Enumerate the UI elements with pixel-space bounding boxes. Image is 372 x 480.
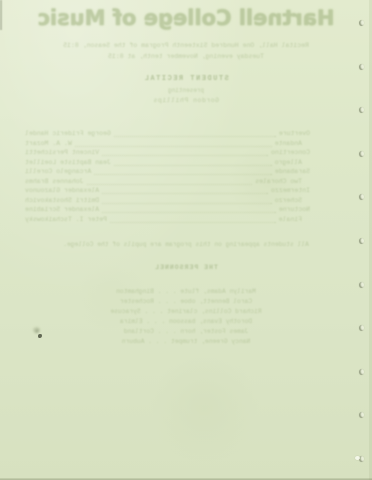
dot-leader [102,193,268,194]
showthrough-recital-title: STUDENT RECITAL [0,75,372,83]
dot-leader [94,174,272,175]
punch-hole [359,151,364,157]
showthrough-college-header: Hartnell College of Music [0,6,372,30]
composer-name: Peter I. Tschaikowsky [25,216,107,224]
punch-hole [359,325,364,331]
punch-hole [359,238,364,244]
piece-title: Scherzo [275,197,302,205]
piece-title: Intermezzo [271,187,310,195]
piece-title: Andante [275,140,302,148]
composer-name: Vincent Persichetti [25,149,99,157]
piece-title: Concertino [271,149,310,157]
showthrough-info-line-2: Tuesday evening, November tenth, at 8:15 [0,53,372,61]
program-row: SarabandeArcangelo Corelli [0,167,372,176]
dot-leader [114,136,276,137]
paper-fleck-light [355,456,360,460]
piece-title: Finale [279,216,302,224]
program-row: FinalePeter I. Tschaikowsky [0,215,372,224]
punch-hole [359,20,364,26]
personnel-entry: Marilyn Adams, flute . . . Binghamton [0,288,372,296]
dot-leader [114,165,272,166]
punch-hole [359,194,364,200]
program-row: NocturneAlexander Scriabine [0,205,372,214]
punch-hole [359,282,364,288]
program-row: AndanteW. A. Mozart [0,139,372,148]
showthrough-layer: Hartnell College of Music Recital Hall, … [0,0,372,480]
composer-name: George Frideric Handel [25,130,111,138]
personnel-entry: James Foster, horn . . . Cortland [0,328,372,336]
dot-leader [110,222,276,223]
punch-hole [359,107,364,113]
composer-name: Arcangelo Corelli [25,168,91,176]
program-row: AllegroJean Baptiste Loeillet [0,158,372,167]
program-row: IntermezzoAlexander Glazounov [0,186,372,195]
showthrough-performer-name: Gordon Phillips [0,97,372,105]
personnel-entry: Carol Bennett, oboe . . . Rochester [0,298,372,306]
composer-name: W. A. Mozart [25,140,72,148]
piece-title: Allegro [275,159,302,167]
program-row: ScherzoDmitri Shostakovich [0,196,372,205]
composer-name: Dmitri Shostakovich [25,197,99,205]
piece-title: Two Chorales [255,178,302,186]
program-row: OvertureGeorge Frideric Handel [0,129,372,138]
scan-edge-artifact [0,0,2,30]
dot-leader [102,155,268,156]
personnel-entry: Nancy Greene, trumpet . . . Auburn [0,338,372,346]
punch-hole [359,64,364,70]
composer-name: Alexander Scriabine [25,206,99,214]
showthrough-personnel-heading: THE PERSONNEL [0,264,372,272]
dot-leader [102,203,272,204]
program-row: ConcertinoVincent Persichetti [0,148,372,157]
showthrough-notice: All students appearing on this program a… [0,241,372,249]
dot-leader [87,184,253,185]
showthrough-info-line-1: Recital Hall, One Hundred Sixteenth Prog… [0,42,372,50]
piece-title: Sarabande [275,168,310,176]
punch-hole [359,412,364,418]
personnel-entry: Richard Collins, clarinet . . . Syracuse [0,308,372,316]
composer-name: Alexander Glazounov [25,187,99,195]
scanned-program-page: Hartnell College of Music Recital Hall, … [0,0,372,480]
showthrough-recital-subtitle: presenting [0,87,372,95]
piece-title: Overture [279,130,310,138]
dot-leader [102,212,276,213]
composer-name: Jean Baptiste Loeillet [25,159,111,167]
dot-leader [75,146,272,147]
ink-smudge [33,327,40,333]
punch-hole [359,369,364,375]
composer-name: Johannes Brahms [25,178,84,186]
piece-title: Nocturne [279,206,310,214]
personnel-entry: Dorothy Evans, bassoon . . . Elmira [0,318,372,326]
program-row: Two ChoralesJohannes Brahms [0,177,372,186]
